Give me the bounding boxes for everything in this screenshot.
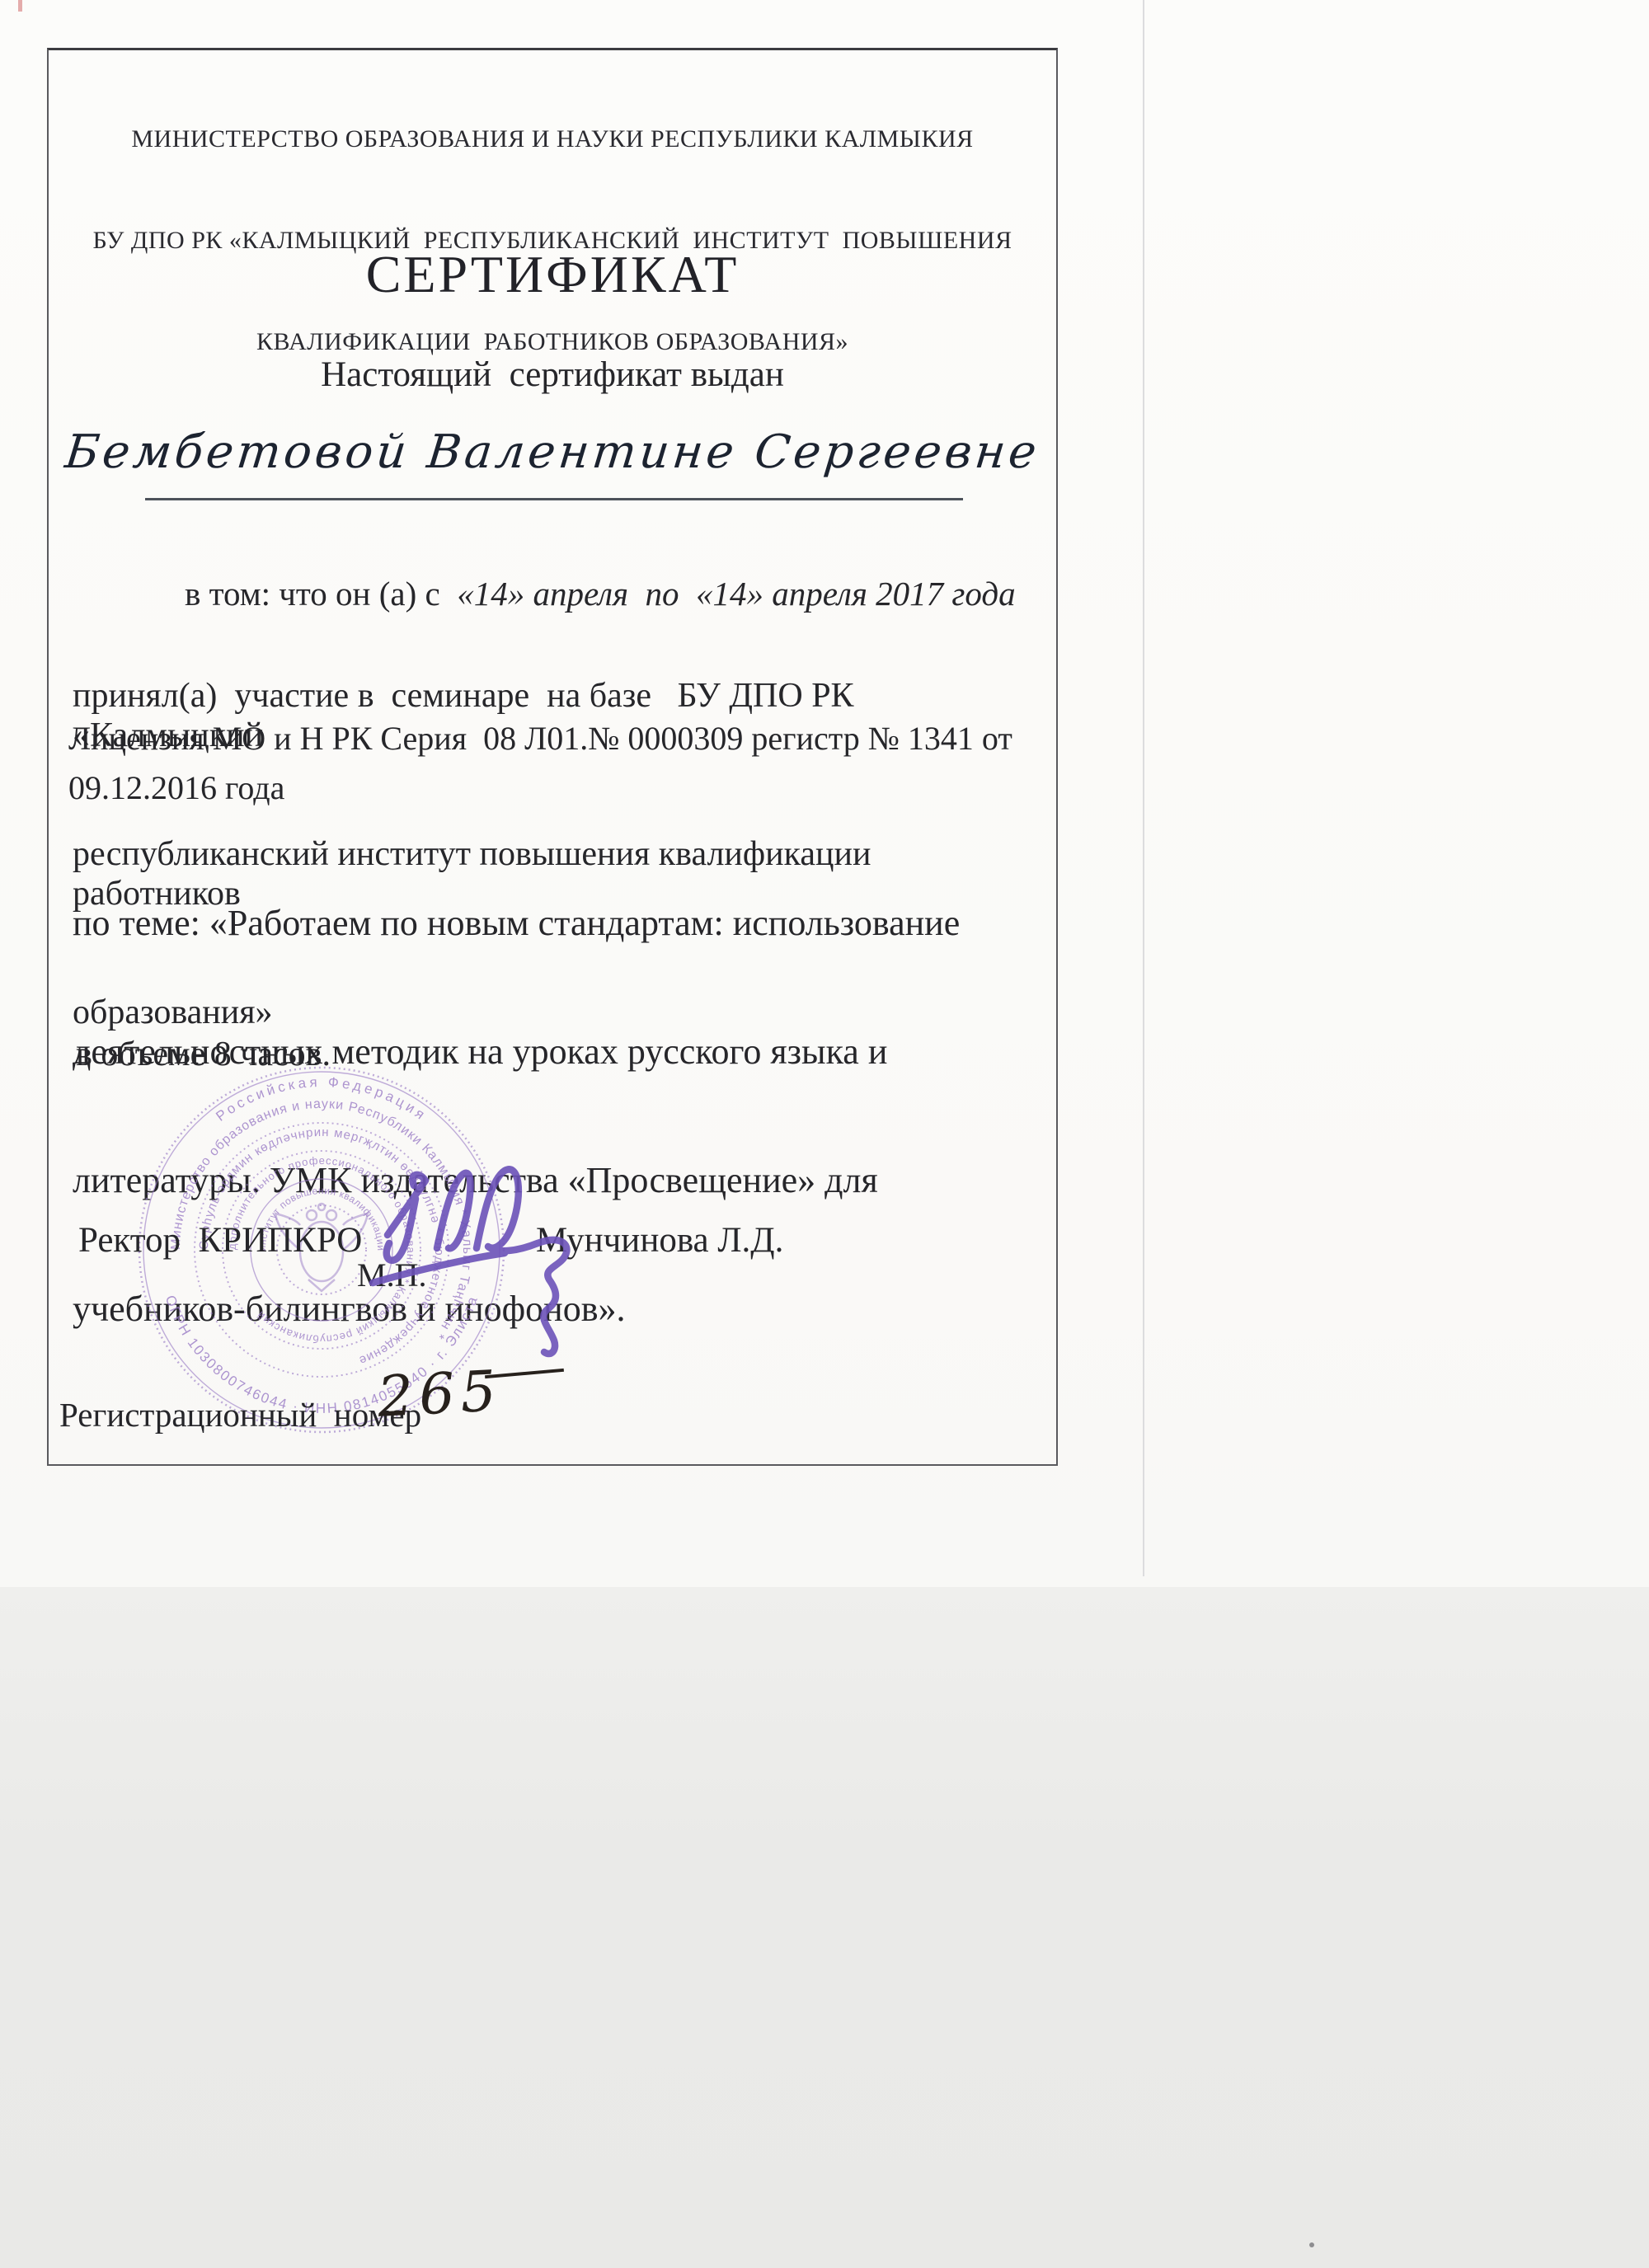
rector-signature-handwritten [346, 1146, 627, 1385]
scan-speck [18, 0, 22, 12]
scanner-background-band [0, 1587, 1649, 2268]
license-line: Лицензия МО и Н РК Серия 08 Л01.№ 000030… [68, 719, 1012, 758]
certificate-title: СЕРТИФИКАТ [47, 244, 1058, 305]
registration-number-label: Регистрационный номер [59, 1395, 421, 1435]
paper-right-edge [1143, 0, 1144, 1576]
scanned-certificate-page: МИНИСТЕРСТВО ОБРАЗОВАНИЯ И НАУКИ РЕСПУБЛ… [0, 0, 1649, 2268]
header-line-1: МИНИСТЕРСТВО ОБРАЗОВАНИЯ И НАУКИ РЕСПУБЛ… [47, 122, 1058, 156]
recipient-name-handwritten: Бембетовой Валентине Сергеевне [45, 425, 1061, 479]
issued-line: Настоящий сертификат выдан [47, 355, 1058, 395]
rector-position-label: Ректор КРИПКРО [78, 1220, 362, 1261]
topic-line-1: по теме: «Работаем по новым стандартам: … [73, 902, 1045, 945]
scan-speck [1309, 2242, 1314, 2247]
recipient-name-underline [145, 498, 963, 500]
license-date: 09.12.2016 года [68, 768, 284, 807]
header-line-3: КВАЛИФИКАЦИИ РАБОТНИКОВ ОБРАЗОВАНИЯ» [47, 325, 1058, 359]
